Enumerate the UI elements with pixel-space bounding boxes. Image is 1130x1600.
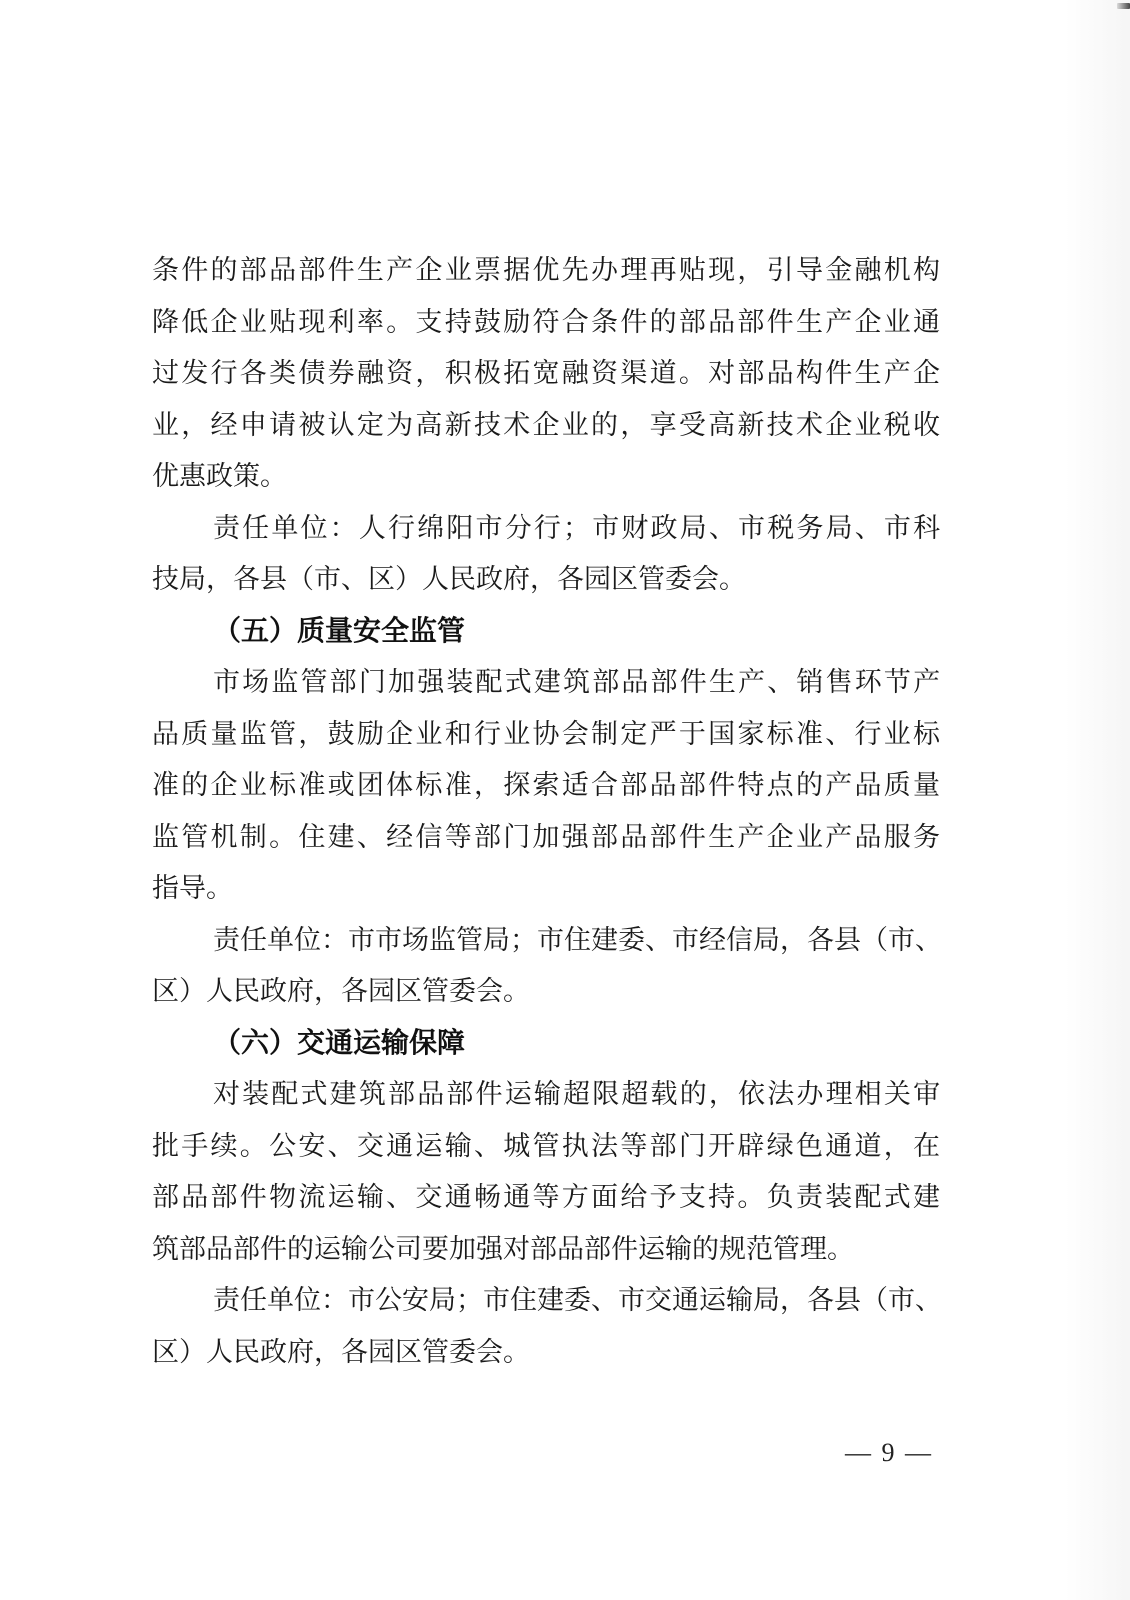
text-line: 业，经申请被认定为高新技术企业的，享受高新技术企业税收 — [152, 400, 940, 452]
text-line: 责任单位：市市场监管局；市住建委、市经信局，各县（市、 — [152, 915, 940, 967]
text-line: 责任单位：人行绵阳市分行；市财政局、市税务局、市科 — [152, 503, 940, 555]
text-line: 降低企业贴现利率。支持鼓励符合条件的部品部件生产企业通 — [152, 297, 940, 349]
section-heading: （五）质量安全监管 — [152, 606, 940, 658]
text-line: 对装配式建筑部品部件运输超限超载的，依法办理相关审 — [152, 1069, 940, 1121]
section-heading: （六）交通运输保障 — [152, 1018, 940, 1070]
page-number: — 9 — — [845, 1438, 933, 1468]
text-line: 批手续。公安、交通运输、城管执法等部门开辟绿色通道，在 — [152, 1121, 940, 1173]
text-line: 准的企业标准或团体标准，探索适合部品部件特点的产品质量 — [152, 760, 940, 812]
text-line: 优惠政策。 — [152, 451, 940, 503]
text-line: 指导。 — [152, 863, 940, 915]
text-line: 筑部品部件的运输公司要加强对部品部件运输的规范管理。 — [152, 1224, 940, 1276]
text-line: 监管机制。住建、经信等部门加强部品部件生产企业产品服务 — [152, 812, 940, 864]
text-line: 部品部件物流运输、交通畅通等方面给予支持。负责装配式建 — [152, 1172, 940, 1224]
scan-artifact-corner-icon — [1117, 3, 1130, 9]
text-line: 区）人民政府，各园区管委会。 — [152, 1327, 940, 1379]
text-line: 品质量监管，鼓励企业和行业协会制定严于国家标准、行业标 — [152, 709, 940, 761]
document-page: 条件的部品部件生产企业票据优先办理再贴现，引导金融机构降低企业贴现利率。支持鼓励… — [0, 0, 1130, 1600]
scan-edge-shading — [1065, 0, 1130, 1600]
text-line: 条件的部品部件生产企业票据优先办理再贴现，引导金融机构 — [152, 245, 940, 297]
text-line: 过发行各类债券融资，积极拓宽融资渠道。对部品构件生产企 — [152, 348, 940, 400]
text-line: 区）人民政府，各园区管委会。 — [152, 966, 940, 1018]
document-body: 条件的部品部件生产企业票据优先办理再贴现，引导金融机构降低企业贴现利率。支持鼓励… — [152, 245, 940, 1378]
text-line: 责任单位：市公安局；市住建委、市交通运输局，各县（市、 — [152, 1275, 940, 1327]
text-line: 技局，各县（市、区）人民政府，各园区管委会。 — [152, 554, 940, 606]
text-line: 市场监管部门加强装配式建筑部品部件生产、销售环节产 — [152, 657, 940, 709]
